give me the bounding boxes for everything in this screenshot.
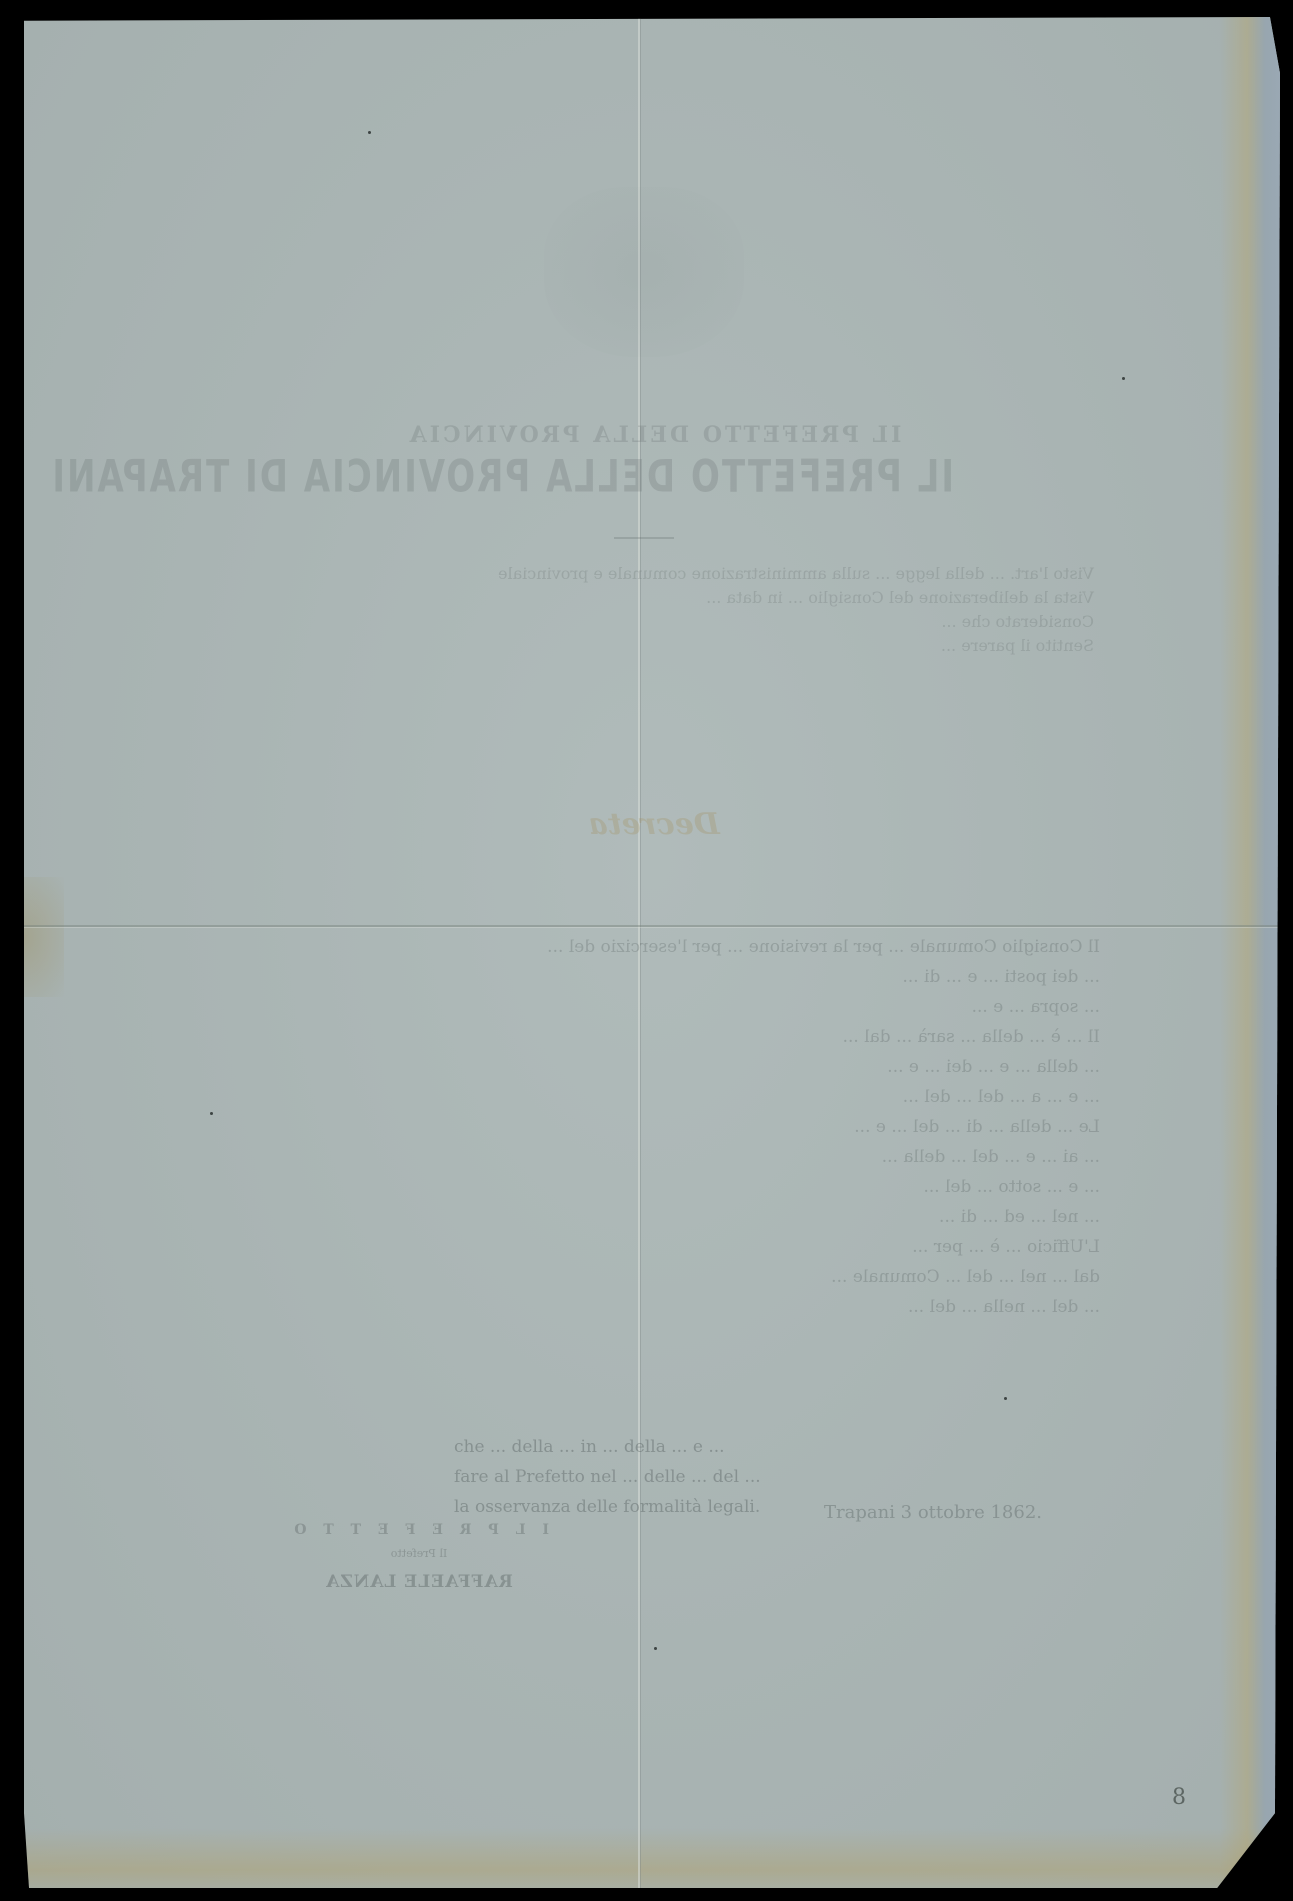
body-line: ... nel ... ed ... di ... <box>220 1202 1100 1232</box>
closing-line: che ... della ... in ... della ... e ... <box>454 1432 1154 1462</box>
body-line: Il Consiglio Comunale ... per la revisio… <box>220 932 1100 962</box>
horizontal-fold-line <box>24 925 1280 927</box>
closing-paragraph: che ... della ... in ... della ... e ...… <box>454 1432 1154 1522</box>
edge-stain-right <box>1220 17 1280 1888</box>
body-line: ... della ... e ... dei ... e ... <box>220 1052 1100 1082</box>
preamble-line: Considerato che ... <box>234 610 1094 634</box>
closing-line: fare al Prefetto nel ... delle ... del .… <box>454 1462 1154 1492</box>
paper-speck <box>1004 1397 1007 1400</box>
edge-stain-left <box>24 877 64 997</box>
body-line: Le ... della ... di ... del ... e ... <box>220 1112 1100 1142</box>
date-line: Trapani 3 ottobre 1862. <box>824 1502 1042 1523</box>
header-line-1: IL PREFETTO DELLA PROVINCIA <box>354 422 954 448</box>
edge-stain-bottom <box>24 1828 1280 1888</box>
decree-body: Il Consiglio Comunale ... per la revisio… <box>220 932 1100 1322</box>
body-line: Il ... è ... della ... sarà ... dal ... <box>220 1022 1100 1052</box>
header-divider <box>614 537 674 539</box>
body-line: ... ai ... e ... del ... della ... <box>220 1142 1100 1172</box>
body-line: ... sopra ... e ... <box>220 992 1100 1022</box>
body-line: ... dei posti ... e ... di ... <box>220 962 1100 992</box>
body-line: ... e ... a ... del ... del ... <box>220 1082 1100 1112</box>
header-title: IL PREFETTO DELLA PROVINCIA DI TRAPANI <box>354 451 954 503</box>
pencil-page-number: 8 <box>1172 1785 1186 1810</box>
paper-speck <box>210 1112 213 1115</box>
signature-title: Il Prefetto <box>289 1547 549 1560</box>
body-line: dal ... nel ... del ... Comunale ... <box>220 1262 1100 1292</box>
decree-heading: Decreta <box>444 807 864 842</box>
document-page: IL PREFETTO DELLA PROVINCIA IL PREFETTO … <box>24 17 1280 1888</box>
paper-speck <box>1122 377 1125 380</box>
coat-of-arms-icon <box>544 187 744 357</box>
paper-speck <box>368 131 371 134</box>
preamble-line: Vista la deliberazione del Consiglio ...… <box>234 586 1094 610</box>
signature-name: RAFFAELE LANZA <box>289 1572 549 1592</box>
preamble-line: Visto l'art. ... della legge ... sulla a… <box>234 562 1094 586</box>
closing-line: la osservanza delle formalità legali. <box>454 1492 1154 1522</box>
body-line: L'Ufficio ... è ... per ... <box>220 1232 1100 1262</box>
preamble-line: Sentito il parere ... <box>234 634 1094 658</box>
signature-spaced-title: I L P R E F E T T O <box>289 1522 549 1538</box>
body-line: ... e ... sotto ... del ... <box>220 1172 1100 1202</box>
paper-speck <box>654 1647 657 1650</box>
body-line: ... del ... nella ... del ... <box>220 1292 1100 1322</box>
